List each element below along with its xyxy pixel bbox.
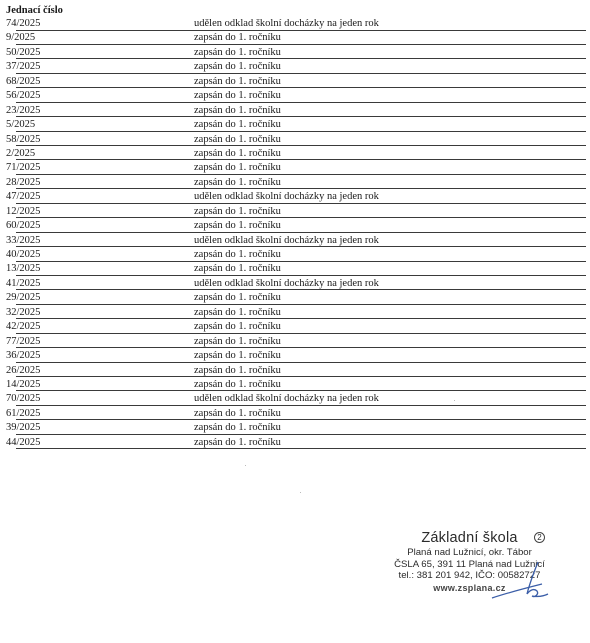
decision-text: zapsán do 1. ročníku <box>194 134 281 146</box>
list-item: 61/2025zapsán do 1. ročníku <box>6 407 588 421</box>
reference-number: 32/2025 <box>6 307 40 319</box>
row-underline <box>16 131 586 132</box>
list-item: 58/2025zapsán do 1. ročníku <box>6 133 588 147</box>
list-item: 32/2025zapsán do 1. ročníku <box>6 306 588 320</box>
list-item: 74/2025udělen odklad školní docházky na … <box>6 17 588 31</box>
decision-text: udělen odklad školní docházky na jeden r… <box>194 278 379 290</box>
row-underline <box>16 102 586 103</box>
row-underline <box>16 347 586 348</box>
decision-text: zapsán do 1. ročníku <box>194 61 281 73</box>
reference-number: 47/2025 <box>6 191 40 203</box>
reference-number: 39/2025 <box>6 422 40 434</box>
list-item: 70/2025udělen odklad školní docházky na … <box>6 392 588 406</box>
row-underline <box>16 203 586 204</box>
list-item: 42/2025zapsán do 1. ročníku <box>6 320 588 334</box>
decision-text: zapsán do 1. ročníku <box>194 408 281 420</box>
row-underline <box>16 333 586 334</box>
decision-text: zapsán do 1. ročníku <box>194 76 281 88</box>
list-item: 26/2025zapsán do 1. ročníku <box>6 364 588 378</box>
row-underline <box>16 159 586 160</box>
row-underline <box>16 73 586 74</box>
decision-text: zapsán do 1. ročníku <box>194 47 281 59</box>
decision-text: udělen odklad školní docházky na jeden r… <box>194 235 379 247</box>
row-underline <box>16 376 586 377</box>
list-item: 77/2025zapsán do 1. ročníku <box>6 335 588 349</box>
decision-text: zapsán do 1. ročníku <box>194 365 281 377</box>
row-underline <box>16 362 586 363</box>
reference-number: 37/2025 <box>6 61 40 73</box>
row-underline <box>16 448 586 449</box>
row-underline <box>16 318 586 319</box>
decision-text: zapsán do 1. ročníku <box>194 350 281 362</box>
reference-number: 5/2025 <box>6 119 35 131</box>
list-item: 40/2025zapsán do 1. ročníku <box>6 248 588 262</box>
decision-text: zapsán do 1. ročníku <box>194 249 281 261</box>
row-underline <box>16 289 586 290</box>
decision-text: zapsán do 1. ročníku <box>194 321 281 333</box>
list-item: 37/2025zapsán do 1. ročníku <box>6 60 588 74</box>
row-underline <box>16 275 586 276</box>
row-underline <box>16 217 586 218</box>
row-underline <box>16 246 586 247</box>
reference-number: 58/2025 <box>6 134 40 146</box>
row-underline <box>16 405 586 406</box>
reference-number: 33/2025 <box>6 235 40 247</box>
decision-text: zapsán do 1. ročníku <box>194 206 281 218</box>
reference-number: 41/2025 <box>6 278 40 290</box>
row-underline <box>16 174 586 175</box>
list-item: 28/2025zapsán do 1. ročníku <box>6 176 588 190</box>
row-underline <box>16 434 586 435</box>
list-item: 71/2025zapsán do 1. ročníku <box>6 161 588 175</box>
reference-number: 56/2025 <box>6 90 40 102</box>
row-underline <box>16 58 586 59</box>
decision-text: zapsán do 1. ročníku <box>194 220 281 232</box>
reference-number: 60/2025 <box>6 220 40 232</box>
list-item: 47/2025udělen odklad školní docházky na … <box>6 190 588 204</box>
decision-text: zapsán do 1. ročníku <box>194 177 281 189</box>
reference-number: 9/2025 <box>6 32 35 44</box>
row-underline <box>16 261 586 262</box>
decision-text: zapsán do 1. ročníku <box>194 90 281 102</box>
row-underline <box>16 30 586 31</box>
decision-text: zapsán do 1. ročníku <box>194 422 281 434</box>
reference-number: 2/2025 <box>6 148 35 160</box>
decision-text: zapsán do 1. ročníku <box>194 292 281 304</box>
list-item: 50/2025zapsán do 1. ročníku <box>6 46 588 60</box>
scan-speck <box>245 465 246 466</box>
reference-number: 13/2025 <box>6 263 40 275</box>
reference-number: 36/2025 <box>6 350 40 362</box>
list-item: 68/2025zapsán do 1. ročníku <box>6 75 588 89</box>
reference-number: 42/2025 <box>6 321 40 333</box>
reference-number: 50/2025 <box>6 47 40 59</box>
list-item: 2/2025zapsán do 1. ročníku <box>6 147 588 161</box>
list-item: 14/2025zapsán do 1. ročníku <box>6 378 588 392</box>
reference-number: 28/2025 <box>6 177 40 189</box>
stamp-title: Základní škola <box>382 530 557 547</box>
list-item: 41/2025udělen odklad školní docházky na … <box>6 277 588 291</box>
reference-number: 61/2025 <box>6 408 40 420</box>
list-item: 9/2025zapsán do 1. ročníku <box>6 31 588 45</box>
decision-text: zapsán do 1. ročníku <box>194 119 281 131</box>
decision-text: udělen odklad školní docházky na jeden r… <box>194 191 379 203</box>
reference-number: 70/2025 <box>6 393 40 405</box>
decision-list: 74/2025udělen odklad školní docházky na … <box>6 17 588 450</box>
decision-text: udělen odklad školní docházky na jeden r… <box>194 18 379 30</box>
scan-speck <box>454 400 455 401</box>
reference-number: 12/2025 <box>6 206 40 218</box>
row-underline <box>16 44 586 45</box>
row-underline <box>16 304 586 305</box>
list-item: 44/2025zapsán do 1. ročníku <box>6 436 588 450</box>
list-item: 12/2025zapsán do 1. ročníku <box>6 205 588 219</box>
decision-text: zapsán do 1. ročníku <box>194 263 281 275</box>
reference-number: 14/2025 <box>6 379 40 391</box>
list-item: 29/2025zapsán do 1. ročníku <box>6 291 588 305</box>
row-underline <box>16 87 586 88</box>
scan-speck <box>300 492 301 493</box>
reference-number: 68/2025 <box>6 76 40 88</box>
list-item: 39/2025zapsán do 1. ročníku <box>6 421 588 435</box>
reference-number: 26/2025 <box>6 365 40 377</box>
list-item: 56/2025zapsán do 1. ročníku <box>6 89 588 103</box>
decision-text: zapsán do 1. ročníku <box>194 148 281 160</box>
decision-text: zapsán do 1. ročníku <box>194 105 281 117</box>
row-underline <box>16 188 586 189</box>
row-underline <box>16 116 586 117</box>
list-item: 36/2025zapsán do 1. ročníku <box>6 349 588 363</box>
list-item: 13/2025zapsán do 1. ročníku <box>6 262 588 276</box>
list-item: 23/2025zapsán do 1. ročníku <box>6 104 588 118</box>
row-underline <box>16 232 586 233</box>
decision-text: zapsán do 1. ročníku <box>194 32 281 44</box>
reference-number: 29/2025 <box>6 292 40 304</box>
reference-number: 71/2025 <box>6 162 40 174</box>
list-item: 33/2025udělen odklad školní docházky na … <box>6 234 588 248</box>
decision-text: zapsán do 1. ročníku <box>194 437 281 449</box>
reference-number: 40/2025 <box>6 249 40 261</box>
signature-icon <box>490 560 560 605</box>
reference-number: 77/2025 <box>6 336 40 348</box>
stamp-address-line: Planá nad Lužnicí, okr. Tábor <box>382 547 557 559</box>
decision-text: zapsán do 1. ročníku <box>194 162 281 174</box>
decision-text: zapsán do 1. ročníku <box>194 336 281 348</box>
stamp-number: 2 <box>534 532 545 543</box>
reference-number: 23/2025 <box>6 105 40 117</box>
list-item: 60/2025zapsán do 1. ročníku <box>6 219 588 233</box>
decision-text: zapsán do 1. ročníku <box>194 307 281 319</box>
decision-text: udělen odklad školní docházky na jeden r… <box>194 393 379 405</box>
decision-text: zapsán do 1. ročníku <box>194 379 281 391</box>
reference-number: 44/2025 <box>6 437 40 449</box>
row-underline <box>16 419 586 420</box>
column-heading: Jednací číslo <box>6 5 63 16</box>
row-underline <box>16 390 586 391</box>
row-underline <box>16 145 586 146</box>
list-item: 5/2025zapsán do 1. ročníku <box>6 118 588 132</box>
reference-number: 74/2025 <box>6 18 40 30</box>
